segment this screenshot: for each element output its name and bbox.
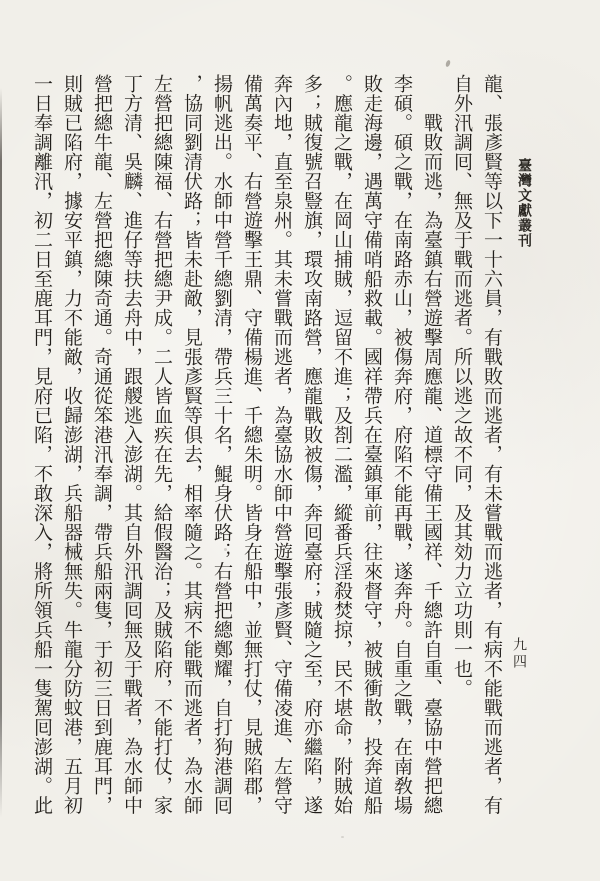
text-column: ，協同劉清伏路；皆未赴敵，見張彥賢等俱去，相率隨之。其病不能戰而逃者，為水師: [176, 74, 206, 826]
text-column: 則賊已陷府，據安平鎮，力不能敵，收歸澎湖，兵船器械無失。牛龍分防蚊港，五月初: [56, 74, 86, 826]
text-column: 多；賊復號召豎旗，環攻南路營，應龍戰敗被傷，奔囘臺府；賊隨之至，府亦繼陷，遂: [296, 74, 326, 826]
text-column: 營把總牛龍、左營把總陳奇通。奇通從笨港汛奉調，帶兵船兩隻，于初三日到鹿耳門，: [86, 74, 116, 826]
text-column: 。應龍之戰，在岡山捕賊，逗留不進；及剳二濫，縱番兵淫殺焚掠，民不堪命，附賊始: [326, 74, 356, 826]
text-column: 揚帆逃出。水師中營千總劉清，帶兵三十名，鯤身伏路；右營把總鄭耀，自打狗港調囘: [206, 74, 236, 826]
text-column: 左營把總陳福、右營把總尹成。二人皆血疾在先，給假醫治；及賊陷府，不能打仗，家: [146, 74, 176, 826]
scanned-book-page: 臺灣文獻叢刊 九四 龍、張彥賢等以下一十六員，有戰敗而逃者，有未嘗戰而逃者，有病…: [0, 0, 600, 881]
text-column: 丁方清、吳麟、進仔等扶去舟中，跟艐逃入澎湖。其自外汛調囘無及于戰者，為水師中: [116, 74, 146, 826]
text-column: 龍、張彥賢等以下一十六員，有戰敗而逃者，有未嘗戰而逃者，有病不能戰而逃者，有: [476, 74, 506, 826]
ink-speck: [341, 836, 344, 838]
text-column: 一日奉調離汛，初二日至鹿耳門，見府已陷，不敢深入，將所領兵船一隻駕囘澎湖。此: [26, 74, 56, 826]
text-column: 自外汛調囘、無及于戰而逃者。所以逃之故不同，及其効力立功則一也。: [446, 74, 476, 826]
scan-edge-artifact: [0, 88, 2, 818]
body-text-block: 龍、張彥賢等以下一十六員，有戰敗而逃者，有未嘗戰而逃者，有病不能戰而逃者，有 自…: [26, 74, 506, 826]
page-number: 九四: [508, 637, 528, 671]
text-column: 戰敗而逃，為臺鎮右營遊擊周應龍、道標守備王國祥、千總許自重、臺協中營把總: [416, 74, 446, 826]
ink-speck: [445, 60, 451, 68]
text-column: 奔內地，直至泉州。其未嘗戰而逃者，為臺協水師中營遊擊張彥賢、守備凌進、左營守: [266, 74, 296, 826]
text-column: 備萬奏平、右營遊擊王鼎、守備楊進、千總朱明。皆身在船中，並無打仗，見賊陷郡，: [236, 74, 266, 826]
text-column: 李碩。碩之戰，在南路赤山，被傷奔府，府陷不能再戰，遂奔舟。自重之戰，在南敎場: [386, 74, 416, 826]
text-column: 敗走海邊，遇萬守備哨船救載。國祥帶兵在臺鎮軍前，往來督守，被賊衝散，投奔道船: [356, 74, 386, 826]
series-title: 臺灣文獻叢刊: [513, 158, 533, 248]
